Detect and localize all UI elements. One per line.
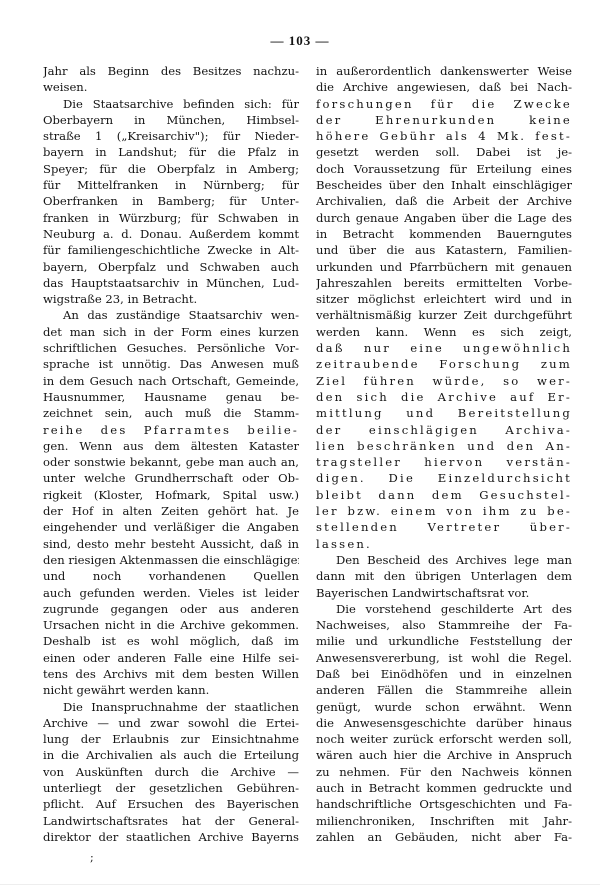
text-line: bayern in Landshut; für die Pfalz in (43, 144, 299, 160)
text-line: der einschlägigen Archiva- (316, 422, 572, 438)
text-line: Nachweises, also Stammreihe der Fa- (316, 617, 572, 633)
text-line: nicht gewährt werden kann. (43, 682, 299, 698)
text-line: der Ehrenurkunden keine (316, 112, 572, 128)
text-line: bleibt dann dem Gesuchstel- (316, 487, 572, 503)
text-line: die Anwesensgeschichte darüber hinaus (316, 715, 572, 731)
text-line: in dem Gesuch nach Ortschaft, Gemeinde, (43, 373, 299, 389)
text-line: den riesigen Aktenmassen die einschlägig… (43, 552, 299, 568)
text-line: wären auch hier die Archive in Anspruch (316, 747, 572, 763)
text-line: durch genaue Angaben über die Lage des (316, 210, 572, 226)
text-line: lung der Erlaubnis zur Einsichtnahme (43, 731, 299, 747)
text-line: doch Voraussetzung für Erteilung eines (316, 161, 572, 177)
text-line: straße 1 („Kreisarchiv"); für Nieder- (43, 128, 299, 144)
text-line: das Hauptstaatsarchiv in München, Lud- (43, 275, 299, 291)
text-line: Landwirtschaftsrates hat der General- (43, 813, 299, 829)
text-line: Anwesensvererbung, ist wohl die Regel. (316, 650, 572, 666)
text-line: eingehender und verläßiger die Angaben (43, 519, 299, 535)
text-line: zugrunde gegangen oder aus anderen (43, 601, 299, 617)
text-line: einen oder anderen Falle eine Hilfe sei- (43, 650, 299, 666)
text-line: Neuburg a. d. Donau. Außerdem kommt (43, 226, 299, 242)
text-line: Hausnummer, Hausname genau be- (43, 389, 299, 405)
text-line: ler bzw. einem von ihm zu be- (316, 503, 572, 519)
text-line: Ursachen nicht in die Archive gekommen. (43, 617, 299, 633)
text-line: auch in Betracht kommen gedruckte und (316, 780, 572, 796)
text-line: dann mit den übrigen Unterlagen dem (316, 568, 572, 584)
text-line: schriftlichen Gesuches. Persönliche Vor- (43, 340, 299, 356)
text-line: verhältnismäßig kurzer Zeit durchgeführt (316, 307, 572, 323)
text-line: forschungen für die Zwecke (316, 96, 572, 112)
text-line: gen. Wenn aus dem ältesten Kataster (43, 438, 299, 454)
text-line: Jahreszahlen bereits ermittelten Vorbe- (316, 275, 572, 291)
text-line: stellenden Vertreter über- (316, 519, 572, 535)
text-line: und über die aus Katastern, Familien- (316, 242, 572, 258)
text-line: sitzer möglichst erleichtert wird und in (316, 291, 572, 307)
text-line: zeitraubende Forschung zum (316, 356, 572, 372)
text-line: Bescheides über den Inhalt einschlägiger (316, 177, 572, 193)
text-line: zahlen an Gebäuden, nicht aber Fa- (316, 829, 572, 845)
text-line: genügt, wurde schon erwähnt. Wenn (316, 699, 572, 715)
text-line: handschriftliche Ortsgeschichten und Fa- (316, 796, 572, 812)
text-line: gesetzt werden soll. Dabei ist je- (316, 144, 572, 160)
text-line: oder sonstwie bekannt, gebe man auch an, (43, 454, 299, 470)
text-line: sprache ist unnötig. Das Anwesen muß (43, 356, 299, 372)
text-line: Deshalb ist es wohl möglich, daß im (43, 633, 299, 649)
text-line: urkunden und Pfarrbüchern mit genauen (316, 259, 572, 275)
text-line: Archivalien, daß die Arbeit der Archive (316, 193, 572, 209)
text-line: in die Archivalien als auch die Erteilun… (43, 747, 299, 763)
text-line: werden kann. Wenn es sich zeigt, (316, 324, 572, 340)
text-line: Archive — und zwar sowohl die Ertei- (43, 715, 299, 731)
text-line: An das zuständige Staatsarchiv wen- (43, 307, 299, 323)
text-line: anderen Fällen die Stammreihe allein (316, 682, 572, 698)
text-line: für Mittelfranken in Nürnberg; für (43, 177, 299, 193)
text-line: mittlung und Bereitstellung (316, 405, 572, 421)
text-line: auch gefunden werden. Vieles ist leider (43, 585, 299, 601)
page-bottom-edge (0, 884, 600, 885)
page-number: — 103 — (0, 33, 600, 49)
text-line: Oberfranken in Bamberg; für Unter- (43, 193, 299, 209)
text-line: sind, desto mehr besteht Aussicht, daß i… (43, 536, 299, 552)
text-line: zu nehmen. Für den Nachweis können (316, 764, 572, 780)
text-line: digen. Die Einzeldurchsicht (316, 470, 572, 486)
text-line: in Betracht kommenden Bauerngutes (316, 226, 572, 242)
text-line: Die vorstehend geschilderte Art des (316, 601, 572, 617)
text-line: Jahr als Beginn des Besitzes nachzu- (43, 63, 299, 79)
text-line: Ziel führen würde, so wer- (316, 373, 572, 389)
right-text-column: in außerordentlich dankenswerter Weisedi… (316, 63, 572, 845)
text-line: direktor der staatlichen Archive Bayerns (43, 829, 299, 845)
text-line: tens des Archivs mit dem besten Willen (43, 666, 299, 682)
text-line: det man sich in der Form eines kurzen (43, 324, 299, 340)
text-line: und noch vorhandenen Quellen (43, 568, 299, 584)
text-line: lassen. (316, 536, 572, 552)
text-line: weisen. (43, 79, 299, 95)
text-line: höhere Gebühr als 4 Mk. fest- (316, 128, 572, 144)
text-line: zeichnet sein, auch muß die Stamm- (43, 405, 299, 421)
text-line: für familiengeschichtliche Zwecke in Alt… (43, 242, 299, 258)
text-line: noch weiter zurück erforscht werden soll… (316, 731, 572, 747)
text-line: Den Bescheid des Archives lege man (316, 552, 572, 568)
text-line: wigstraße 23, in Betracht. (43, 291, 299, 307)
text-line: Die Staatsarchive befinden sich: für (43, 96, 299, 112)
text-line: pflicht. Auf Ersuchen des Bayerischen (43, 796, 299, 812)
text-line: lien beschränken und den An- (316, 438, 572, 454)
text-line: von Auskünften durch die Archive — (43, 764, 299, 780)
text-line: rigkeit (Kloster, Hofmark, Spital usw.) (43, 487, 299, 503)
left-text-column: Jahr als Beginn des Besitzes nachzu-weis… (43, 63, 299, 845)
text-line: milienchroniken, Inschriften mit Jahr- (316, 813, 572, 829)
text-line: daß nur eine ungewöhnlich (316, 340, 572, 356)
text-line: bayern, Oberpfalz und Schwaben auch (43, 259, 299, 275)
text-line: in außerordentlich dankenswerter Weise (316, 63, 572, 79)
text-line: die Archive angewiesen, daß bei Nach- (316, 79, 572, 95)
text-line: Die Inanspruchnahme der staatlichen (43, 699, 299, 715)
text-line: unter welche Grundherrschaft oder Ob- (43, 470, 299, 486)
text-line: unterliegt der gesetzlichen Gebühren- (43, 780, 299, 796)
text-line: der Hof in alten Zeiten gehört hat. Je (43, 503, 299, 519)
stray-print-mark: ; (90, 851, 94, 864)
text-line: franken in Würzburg; für Schwaben in (43, 210, 299, 226)
text-line: Daß bei Einödhöfen und in einzelnen (316, 666, 572, 682)
text-line: Speyer; für die Oberpfalz in Amberg; (43, 161, 299, 177)
text-line: Oberbayern in München, Himbsel- (43, 112, 299, 128)
text-line: reihe des Pfarramtes beilie- (43, 422, 299, 438)
text-line: den sich die Archive auf Er- (316, 389, 572, 405)
text-line: tragsteller hiervon verstän- (316, 454, 572, 470)
text-line: Bayerischen Landwirtschaftsrat vor. (316, 585, 572, 601)
text-line: milie und urkundliche Feststellung der (316, 633, 572, 649)
